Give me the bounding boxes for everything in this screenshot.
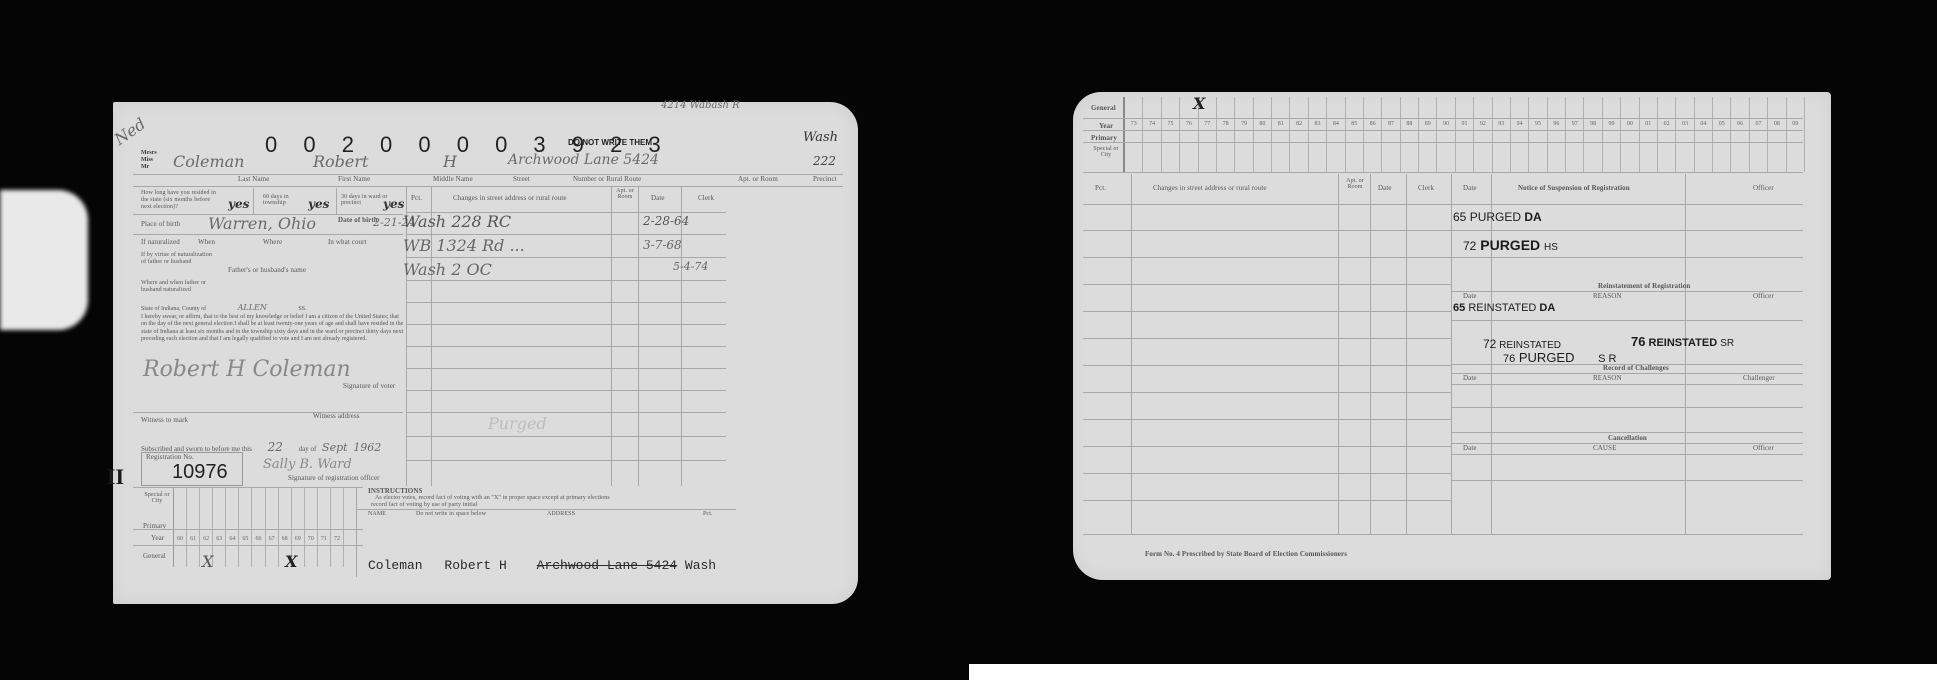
scan-artifact-strip [969,664,1937,680]
address-row-1: Wash 228 RC [403,212,511,231]
registration-prefix: II [107,464,124,490]
precinct-value: 222 [813,154,836,168]
reinstatement-entry-3: 76 REINSTATED SR [1631,334,1734,349]
suspension-entry-2: 72 PURGED HS [1463,237,1558,253]
residency-state-answer: yes [228,197,249,211]
first-name-value: Robert [313,152,368,171]
scan-artifact [0,190,88,330]
general-vote-mark-76: X [1193,94,1205,113]
address-date-1: 2-28-64 [643,214,689,228]
street-value: Archwood Lane 5424 [508,152,659,168]
birthplace-value: Warren, Ohio [208,214,316,233]
officer-signature: Sally B. Ward [263,457,352,472]
oath-text: State of Indiana, County of ALLEN SS. I … [141,304,406,344]
margin-note: Ned [111,114,150,149]
general-vote-mark-62: X [202,552,213,571]
address-date-3: 5-4-74 [673,260,708,273]
voter-signature: Robert H Coleman [143,357,351,382]
address-row-3: Wash 2 OC [403,260,492,279]
form-footer: Form No. 4 Prescribed by State Board of … [1145,550,1347,558]
residency-ward-answer: yes [383,197,404,211]
address-row-2: WB 1324 Rd ... [403,236,525,255]
address-date-2: 3-7-68 [643,238,682,252]
top-annotation: 4214 Wabash R [661,100,740,111]
typed-footer: Coleman Robert H Archwood Lane 5424 Wash [368,558,716,573]
reinstatement-entry-1: 65 REINSTATED DA [1453,302,1555,314]
general-vote-mark-68: X [285,552,297,571]
header-instruction: DO NOT WRITE THEM [568,138,652,147]
front-voting-grid: 60 61 62 63 64 65 66 67 68 69 70 71 72 [173,487,344,567]
registration-box: Registration No. 10976 [141,452,243,486]
last-name-value: Coleman [173,152,244,171]
middle-name-value: H [443,152,457,171]
reinstatement-entry-4: 76 PURGED S R [1503,350,1616,365]
suspension-entry-1: 65 PURGED DA [1453,210,1542,224]
ward-value: Wash [803,130,838,145]
residency-township-answer: yes [308,197,329,211]
salutation-options: Mesrs Miss Mr [141,150,157,171]
back-voting-grid: 73 74 75 76 77 78 79 80 81 82 83 84 85 8… [1123,97,1805,172]
registration-card-front: 4214 Wabash R Ned 0 0 2 0 0 0 0 3 9 2 3 … [113,102,858,604]
faint-entry: Purged [488,414,547,433]
registration-number: 10976 [172,461,228,484]
registration-card-back: General Year Primary Special or City 73 … [1073,92,1831,580]
reinstatement-entry-2: 72 REINSTATED [1483,337,1561,351]
